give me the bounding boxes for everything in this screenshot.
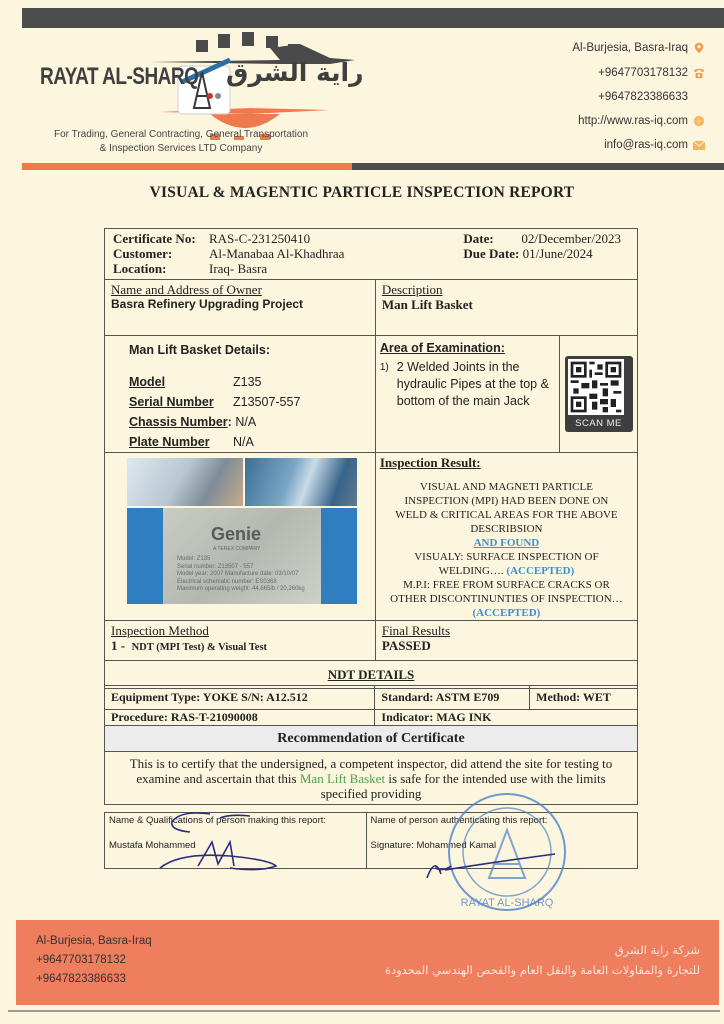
method-number: 1 - <box>111 638 125 653</box>
maker-signature-icon <box>150 808 290 878</box>
weld-photo-1 <box>127 458 243 506</box>
detail-label: Serial Number <box>129 392 233 412</box>
customer-label: Customer: <box>113 246 209 261</box>
contact-email[interactable]: info@ras-iq.com <box>604 139 706 151</box>
detail-chassis: Chassis Number: N/A <box>129 412 375 432</box>
nameplate-photo: Genie A TEREX COMPANY Model: Z135 Serial… <box>127 508 357 604</box>
contact-address: Al-Burjesia, Basra-Iraq <box>572 42 706 54</box>
procedure: Procedure: RAS-T-21090008 <box>105 710 375 726</box>
recommendation-highlight: Man Lift Basket <box>300 771 385 786</box>
header-orange-bar <box>22 163 352 170</box>
detail-serial: Serial NumberZ13507-557 <box>129 392 375 412</box>
bottom-divider <box>8 1010 720 1012</box>
company-name-ar: راية الشرق <box>226 58 364 87</box>
contact-phone-2-text[interactable]: +9647823386633 <box>598 91 688 103</box>
final-results-value: PASSED <box>382 638 631 653</box>
due-date-value: 01/June/2024 <box>523 246 593 261</box>
date-value: 02/December/2023 <box>521 231 621 246</box>
tagline-line-1: For Trading, General Contracting, Genera… <box>20 128 342 142</box>
method-final-row: Inspection Method 1 - NDT (MPI Test) & V… <box>105 621 638 661</box>
nameplate-subbrand: A TEREX COMPANY <box>213 546 260 552</box>
owner-description-row: Name and Address of Owner Basra Refinery… <box>105 280 638 336</box>
footer-company-ar: شركة راية الشرق <box>385 940 700 960</box>
detail-value: Z13507-557 <box>233 395 300 409</box>
inspection-result-body: VISUAL AND MAGNETI PARTICLE INSPECTION (… <box>380 474 633 620</box>
certificate-header-row: Certificate No:RAS-C-231250410 Customer:… <box>105 229 638 280</box>
result-found: AND FOUND <box>388 536 625 550</box>
area-item-text: 2 Welded Joints in the hydraulic Pipes a… <box>397 359 555 410</box>
envelope-icon <box>692 139 706 151</box>
contact-phone-2[interactable]: +9647823386633 <box>598 91 688 103</box>
standard: Standard: ASTM E709 <box>375 686 530 710</box>
detail-value: Z135 <box>233 375 262 389</box>
inspection-method-label: Inspection Method <box>111 623 369 638</box>
nameplate-line: Electrical schematic number: ES0368 <box>177 579 305 587</box>
location-label: Location: <box>113 261 209 276</box>
recommendation-heading-row: Recommendation of Certificate <box>105 726 638 752</box>
photo-result-row: Genie A TEREX COMPANY Model: Z135 Serial… <box>105 453 638 621</box>
inspection-method-value: NDT (MPI Test) & Visual Test <box>132 642 267 653</box>
detail-value: N/A <box>235 415 256 429</box>
owner-label: Name and Address of Owner <box>111 282 369 297</box>
due-date-label: Due Date: <box>463 246 519 261</box>
footer-tagline-ar: للتجارة والمقاولات العامة والنقل العام و… <box>385 960 700 980</box>
details-heading: Man Lift Basket Details: <box>129 340 375 360</box>
detail-plate: Plate NumberN/A <box>129 432 375 452</box>
telephone-icon <box>692 67 706 79</box>
ndt-row-2: Procedure: RAS-T-21090008 Indicator: MAG… <box>105 710 638 726</box>
result-body-text: VISUAL AND MAGNETI PARTICLE INSPECTION (… <box>388 480 625 536</box>
qr-code[interactable]: SCAN ME <box>565 356 633 432</box>
globe-icon <box>692 115 706 127</box>
report-title: VISUAL & MAGENTIC PARTICLE INSPECTION RE… <box>0 184 724 202</box>
certificate-table: Certificate No:RAS-C-231250410 Customer:… <box>104 228 638 689</box>
nameplate-line: Model year: 2007 Manufacture date: 03/10… <box>177 571 305 579</box>
header-dark-bar <box>352 163 724 170</box>
detail-label: Model <box>129 372 233 392</box>
contact-address-text: Al-Burjesia, Basra-Iraq <box>572 42 688 54</box>
footer-contacts: Al-Burjesia, Basra-Iraq +9647703178132 +… <box>36 932 152 989</box>
certificate-no-value: RAS-C-231250410 <box>209 231 310 246</box>
company-name-en: RAYAT AL-SHARQ <box>40 64 198 92</box>
nameplate-line: Maximum operating weight: 44,665lb / 20,… <box>177 586 305 594</box>
svg-text:RAYAT AL-SHARQ: RAYAT AL-SHARQ <box>461 897 554 909</box>
accepted-badge: (ACCEPTED) <box>388 606 625 620</box>
qr-code-icon <box>568 359 624 415</box>
area-item-number: 1) <box>380 359 389 410</box>
recommendation-heading: Recommendation of Certificate <box>105 726 638 752</box>
description-label: Description <box>382 282 631 297</box>
company-stamp-icon: RAYAT AL-SHARQ <box>415 786 575 924</box>
contact-phone-1[interactable]: +9647703178132 <box>598 67 706 79</box>
ndt-row-1: Equipment Type: YOKE S/N: A12.512 Standa… <box>105 686 638 710</box>
scan-me-label: SCAN ME <box>568 415 630 432</box>
contact-phone-1-text[interactable]: +9647703178132 <box>598 67 688 79</box>
nameplate-line: Model: Z135 <box>177 556 305 564</box>
inspection-photos: Genie A TEREX COMPANY Model: Z135 Serial… <box>127 458 357 604</box>
footer-phone-2[interactable]: +9647823386633 <box>36 970 152 989</box>
detail-model: ModelZ135 <box>129 372 375 392</box>
date-label: Date: <box>463 231 521 246</box>
contact-email-link[interactable]: info@ras-iq.com <box>604 139 688 151</box>
ndt-method: Method: WET <box>530 686 638 710</box>
equipment-type: Equipment Type: YOKE S/N: A12.512 <box>105 686 375 710</box>
owner-value: Basra Refinery Upgrading Project <box>111 297 369 312</box>
contact-website[interactable]: http://www.ras-iq.com <box>578 115 706 127</box>
location-pin-icon <box>692 42 706 54</box>
result-mpi: M.P.I: FREE FROM SURFACE CRACKS OR OTHER… <box>388 578 625 606</box>
detail-label: Plate Number <box>129 432 233 452</box>
footer-arabic: شركة راية الشرق للتجارة والمقاولات العام… <box>385 940 700 980</box>
final-results-label: Final Results <box>382 623 631 638</box>
detail-label: Chassis Number <box>129 415 228 429</box>
nameplate-lines: Model: Z135 Serial number: Z13507 - 557 … <box>177 556 305 594</box>
nameplate-brand: Genie <box>211 524 261 545</box>
weld-photo-2 <box>245 458 357 506</box>
result-visual: VISUALY: SURFACE INSPECTION OF WELDING….… <box>388 550 625 578</box>
area-item: 1) 2 Welded Joints in the hydraulic Pipe… <box>380 359 555 410</box>
tagline-line-2: & Inspection Services LTD Company <box>20 142 342 156</box>
location-value: Iraq- Basra <box>209 261 267 276</box>
header-top-bar <box>22 8 724 28</box>
details-area-row: Man Lift Basket Details: ModelZ135 Seria… <box>105 336 638 453</box>
accepted-badge: (ACCEPTED) <box>506 565 574 577</box>
indicator: Indicator: MAG INK <box>375 710 638 726</box>
company-tagline: For Trading, General Contracting, Genera… <box>20 128 342 156</box>
inspection-result-heading: Inspection Result: <box>380 455 633 470</box>
description-value: Man Lift Basket <box>382 297 631 312</box>
footer-phone-1[interactable]: +9647703178132 <box>36 951 152 970</box>
customer-value: Al-Manabaa Al-Khadhraa <box>209 246 344 261</box>
footer-address: Al-Burjesia, Basra-Iraq <box>36 932 152 951</box>
contact-website-link[interactable]: http://www.ras-iq.com <box>578 115 688 127</box>
detail-value: N/A <box>233 435 254 449</box>
area-heading: Area of Examination: <box>380 340 555 357</box>
certificate-no-label: Certificate No: <box>113 231 209 246</box>
nameplate-line: Serial number: Z13507 - 557 <box>177 564 305 572</box>
